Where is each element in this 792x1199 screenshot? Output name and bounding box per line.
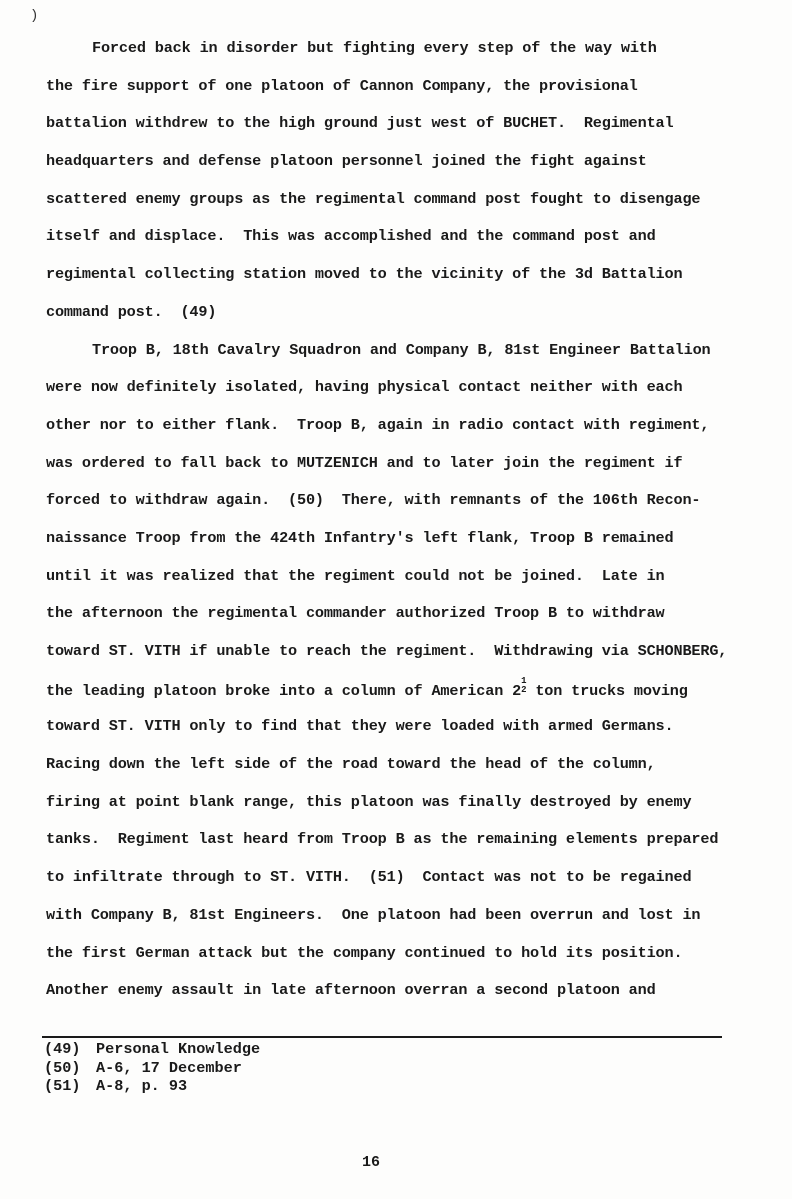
text-line: firing at point blank range, this platoo… — [46, 790, 766, 828]
paragraph-2: Troop B, 18th Cavalry Squadron and Compa… — [46, 338, 766, 1016]
text-line: headquarters and defense platoon personn… — [46, 149, 766, 187]
footnote-50: (50)A-6, 17 December — [44, 1059, 260, 1078]
footnote-text: A-6, 17 December — [96, 1059, 242, 1077]
text-line: to infiltrate through to ST. VITH. (51) … — [46, 865, 766, 903]
footnote-number: (49) — [44, 1040, 96, 1059]
text-line: was ordered to fall back to MUTZENICH an… — [46, 451, 766, 489]
text-line: Troop B, 18th Cavalry Squadron and Compa… — [46, 338, 766, 376]
text-line: the fire support of one platoon of Canno… — [46, 74, 766, 112]
footnote-divider — [42, 1036, 722, 1038]
body-text: Forced back in disorder but fighting eve… — [46, 36, 766, 1016]
paragraph-1: Forced back in disorder but fighting eve… — [46, 36, 766, 338]
text-segment: the leading platoon broke into a column … — [46, 682, 521, 700]
text-line: were now definitely isolated, having phy… — [46, 375, 766, 413]
text-line: other nor to either flank. Troop B, agai… — [46, 413, 766, 451]
footnote-number: (50) — [44, 1059, 96, 1078]
footnotes: (49)Personal Knowledge (50)A-6, 17 Decem… — [44, 1040, 260, 1096]
text-line: until it was realized that the regiment … — [46, 564, 766, 602]
document-page: ) Forced back in disorder but fighting e… — [0, 0, 792, 1199]
text-line: scattered enemy groups as the regimental… — [46, 187, 766, 225]
text-line: the first German attack but the company … — [46, 941, 766, 979]
text-line: toward ST. VITH if unable to reach the r… — [46, 639, 766, 677]
text-line: with Company B, 81st Engineers. One plat… — [46, 903, 766, 941]
text-line: command post. (49) — [46, 300, 766, 338]
text-line: regimental collecting station moved to t… — [46, 262, 766, 300]
page-number: 16 — [362, 1154, 380, 1171]
text-line: toward ST. VITH only to find that they w… — [46, 714, 766, 752]
text-line: battalion withdrew to the high ground ju… — [46, 111, 766, 149]
text-line: Racing down the left side of the road to… — [46, 752, 766, 790]
margin-mark: ) — [30, 8, 38, 24]
footnote-49: (49)Personal Knowledge — [44, 1040, 260, 1059]
footnote-51: (51)A-8, p. 93 — [44, 1077, 260, 1096]
text-line: the afternoon the regimental commander a… — [46, 601, 766, 639]
footnote-text: Personal Knowledge — [96, 1040, 260, 1058]
footnote-text: A-8, p. 93 — [96, 1077, 187, 1095]
text-line: tanks. Regiment last heard from Troop B … — [46, 827, 766, 865]
text-line-with-fraction: the leading platoon broke into a column … — [46, 677, 766, 715]
text-line: Forced back in disorder but fighting eve… — [46, 36, 766, 74]
text-segment: ton trucks moving — [526, 682, 687, 700]
text-line: naissance Troop from the 424th Infantry'… — [46, 526, 766, 564]
text-line: itself and displace. This was accomplish… — [46, 224, 766, 262]
footnote-number: (51) — [44, 1077, 96, 1096]
text-line: forced to withdraw again. (50) There, wi… — [46, 488, 766, 526]
text-line: Another enemy assault in late afternoon … — [46, 978, 766, 1016]
